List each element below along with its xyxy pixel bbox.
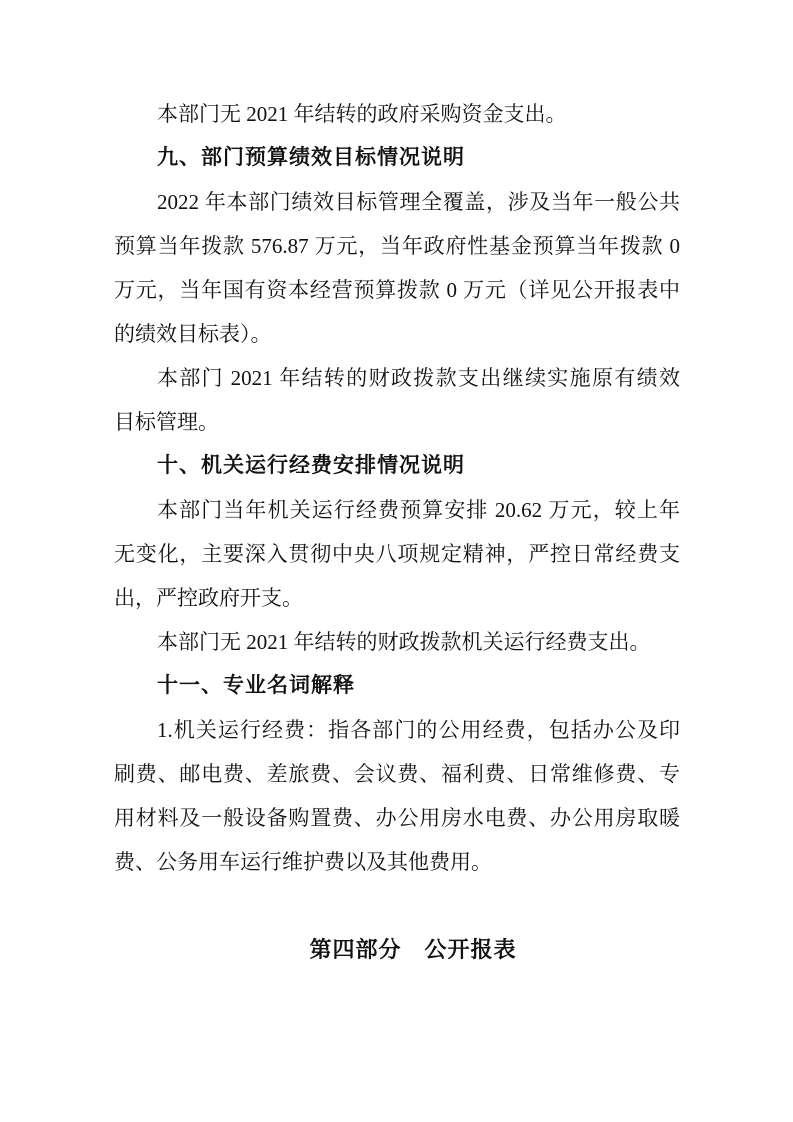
document-text-block: 本部门无 2021 年结转的政府采购资金支出。九、部门预算绩效目标情况说明202…: [114, 92, 680, 972]
section-heading: 九、部门预算绩效目标情况说明: [114, 136, 680, 180]
paragraph-line: 无变化，主要深入贯彻中央八项规定精神，严控日常经费支: [114, 532, 680, 576]
paragraph-line: 的绩效目标表）。: [114, 312, 680, 356]
paragraph-line: 用材料及一般设备购置费、办公用房水电费、办公用房取暖: [114, 796, 680, 840]
paragraph-line: 目标管理。: [114, 400, 680, 444]
paragraph-line: 本部门无 2021 年结转的政府采购资金支出。: [114, 92, 680, 136]
paragraph-line: 出，严控政府开支。: [114, 576, 680, 620]
paragraph-line: 刷费、邮电费、差旅费、会议费、福利费、日常维修费、专: [114, 752, 680, 796]
section-heading: 十、机关运行经费安排情况说明: [114, 444, 680, 488]
paragraph-line: 预算当年拨款 576.87 万元，当年政府性基金预算当年拨款 0: [114, 224, 680, 268]
part-title: 第四部分 公开报表: [130, 928, 696, 972]
paragraph-line: 本部门 2021 年结转的财政拨款支出继续实施原有绩效: [114, 356, 680, 400]
paragraph-line: 费、公务用车运行维护费以及其他费用。: [114, 840, 680, 884]
paragraph-line: 2022 年本部门绩效目标管理全覆盖，涉及当年一般公共: [114, 180, 680, 224]
section-heading: 十一、专业名词解释: [114, 664, 680, 708]
paragraph-line: 本部门当年机关运行经费预算安排 20.62 万元，较上年: [114, 488, 680, 532]
paragraph-line: 本部门无 2021 年结转的财政拨款机关运行经费支出。: [114, 620, 680, 664]
blank-line: [114, 884, 680, 928]
paragraph-line: 1.机关运行经费：指各部门的公用经费，包括办公及印: [114, 708, 680, 752]
document-page: 本部门无 2021 年结转的政府采购资金支出。九、部门预算绩效目标情况说明202…: [0, 0, 793, 1122]
paragraph-line: 万元，当年国有资本经营预算拨款 0 万元（详见公开报表中: [114, 268, 680, 312]
